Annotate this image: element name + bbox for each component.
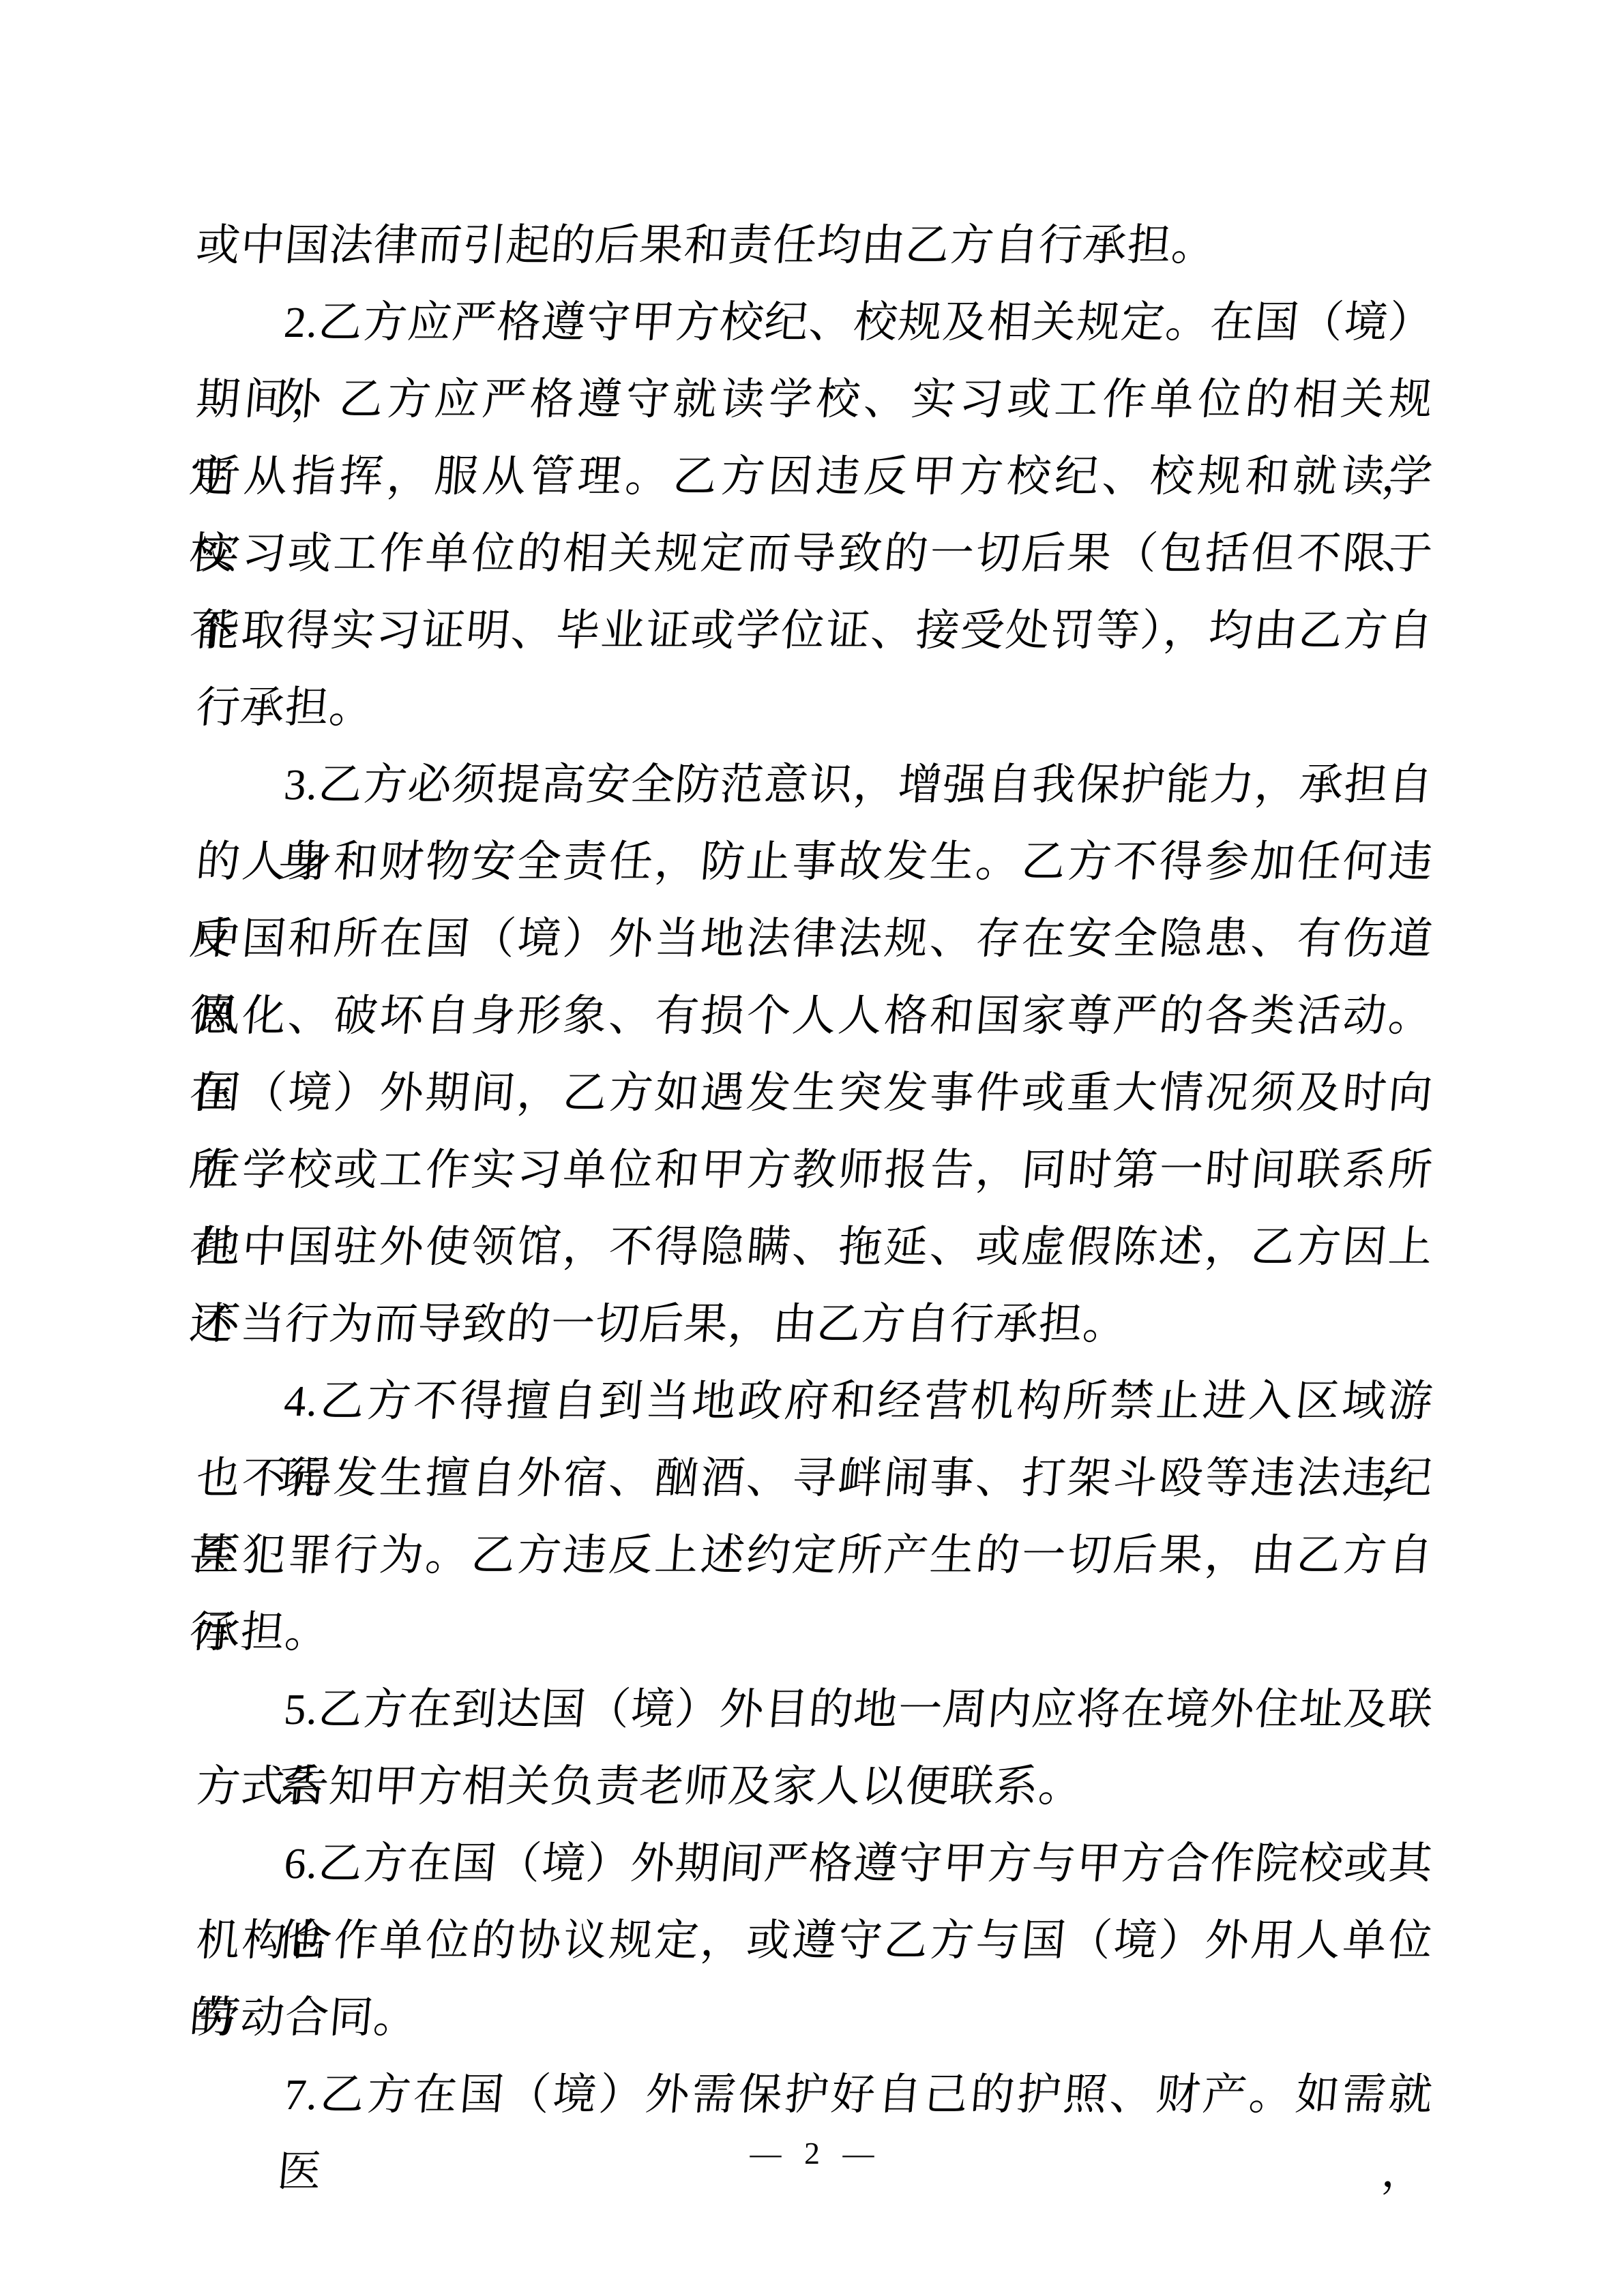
text-line: 在学校或工作实习单位和甲方教师报告，同时第一时间联系所在 [193, 1131, 1436, 1208]
text-line: 的人身和财物安全责任，防止事故发生。乙方不得参加任何违反 [193, 823, 1436, 900]
document-page: 或中国法律而引起的后果和责任均由乙方自行承担。 2.乙方应严格遵守甲方校纪、校规… [0, 0, 1624, 2296]
text-line: 承担。 [193, 1594, 1436, 1671]
text-line: 3.乙方必须提高安全防范意识，增强自我保护能力，承担自身 [193, 746, 1436, 823]
text-line: 或中国法律而引起的后果和责任均由乙方自行承担。 [193, 207, 1436, 284]
text-line: 5.乙方在到达国（境）外目的地一周内应将在境外住址及联系 [193, 1671, 1436, 1748]
text-line: 方式告知甲方相关负责老师及家人以便联系。 [193, 1748, 1436, 1825]
text-line: 国（境）外期间，乙方如遇发生突发事件或重大情况须及时向所 [193, 1054, 1436, 1131]
text-line: 2.乙方应严格遵守甲方校纪、校规及相关规定。在国（境）外 [193, 284, 1436, 361]
text-line: 行承担。 [193, 669, 1436, 746]
text-line: 听从指挥，服从管理。乙方因违反甲方校纪、校规和就读学校、 [193, 438, 1436, 515]
text-line: 风化、破坏自身形象、有损个人人格和国家尊严的各类活动。在 [193, 977, 1436, 1054]
text-line: 能取得实习证明、毕业证或学位证、接受处罚等），均由乙方自 [193, 592, 1436, 669]
text-line: 4.乙方不得擅自到当地政府和经营机构所禁止进入区域游玩， [193, 1362, 1436, 1440]
text-line: 中国和所在国（境）外当地法律法规、存在安全隐患、有伤道德 [193, 900, 1436, 977]
page-number: — 2 — [0, 2133, 1624, 2174]
text-line: 实习或工作单位的相关规定而导致的一切后果（包括但不限于不 [193, 515, 1436, 592]
text-line: 6.乙方在国（境）外期间严格遵守甲方与甲方合作院校或其他 [193, 1825, 1436, 1902]
text-line: 7.乙方在国（境）外需保护好自己的护照、财产。如需就医， [193, 2056, 1436, 2133]
text-line: 期间，乙方应严格遵守就读学校、实习或工作单位的相关规定， [193, 361, 1436, 438]
text-line: 劳动合同。 [193, 1979, 1436, 2056]
text-line: 也不得发生擅自外宿、酗酒、寻衅闹事、打架斗殴等违法违纪甚 [193, 1440, 1436, 1517]
text-line: 不当行为而导致的一切后果，由乙方自行承担。 [193, 1285, 1436, 1362]
text-line: 机构合作单位的协议规定，或遵守乙方与国（境）外用人单位的 [193, 1902, 1436, 1979]
text-line: 地中国驻外使领馆，不得隐瞒、拖延、或虚假陈述，乙方因上述 [193, 1208, 1436, 1285]
text-line: 至犯罪行为。乙方违反上述约定所产生的一切后果，由乙方自行 [193, 1517, 1436, 1594]
document-body: 或中国法律而引起的后果和责任均由乙方自行承担。 2.乙方应严格遵守甲方校纪、校规… [193, 207, 1430, 2133]
